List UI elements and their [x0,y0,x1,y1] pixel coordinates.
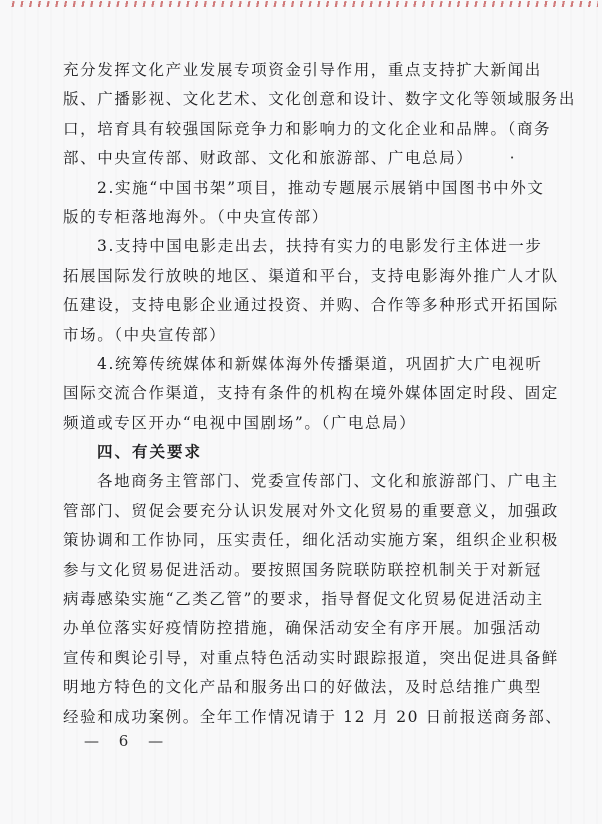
document-line: 国际交流合作渠道，支持有条件的机构在境外媒体固定时段、固定 [63,379,545,408]
document-line-item-4: 4.统筹传统媒体和新媒体海外传播渠道，巩固扩大广电视听 [63,350,545,379]
red-top-edge-marks [6,1,598,7]
document-line: 策协调和工作协同，压实责任，细化活动实施方案，组织企业积极 [63,526,545,555]
section-heading: 四、有关要求 [63,438,545,467]
document-line: 各地商务主管部门、党委宣传部门、文化和旅游部门、广电主 [63,467,545,496]
document-line: 频道或专区开办“电视中国剧场”。（广电总局） [63,409,545,438]
document-line: 明地方特色的文化产品和服务出口的好做法，及时总结推广典型 [63,673,545,702]
document-line: 办单位落实好疫情防控措施，确保活动安全有序开展。加强活动 [63,614,545,643]
document-line: 经验和成功案例。全年工作情况请于 12 月 20 日前报送商务部、 [63,703,545,732]
document-line: 参与文化贸易促进活动。要按照国务院联防联控机制关于对新冠 [63,556,545,585]
document-line: 部、中央宣传部、财政部、文化和旅游部、广电总局）· [63,144,545,173]
document-line-text: 部、中央宣传部、财政部、文化和旅游部、广电总局） [63,149,466,167]
stray-dot-mark: · [510,149,517,167]
document-line-item-2: 2.实施“中国书架”项目，推动专题展示展销中国图书中外文 [63,174,545,203]
document-line: 充分发挥文化产业发展专项资金引导作用，重点支持扩大新闻出 [63,56,545,85]
document-line: 伍建设，支持电影企业通过投资、并购、合作等多种形式开拓国际 [63,291,545,320]
document-line-item-3: 3.支持中国电影走出去，扶持有实力的电影发行主体进一步 [63,232,545,261]
scanned-document-page: 充分发挥文化产业发展专项资金引导作用，重点支持扩大新闻出 版、广播影视、文化艺术… [0,0,602,824]
document-text-block: 充分发挥文化产业发展专项资金引导作用，重点支持扩大新闻出 版、广播影视、文化艺术… [63,56,545,732]
document-line: 病毒感染实施“乙类乙管”的要求，指导督促文化贸易促进活动主 [63,585,545,614]
document-line: 口，培育具有较强国际竞争力和影响力的文化企业和品牌。（商务 [63,115,545,144]
document-line: 版的专柜落地海外。（中央宣传部） [63,203,545,232]
document-line: 版、广播影视、文化艺术、文化创意和设计、数字文化等领域服务出 [63,85,545,114]
document-line: 拓展国际发行放映的地区、渠道和平台，支持电影海外推广人才队 [63,262,545,291]
document-line: 市场。（中央宣传部） [63,321,545,350]
document-line: 宣传和舆论引导，对重点特色活动实时跟踪报道，突出促进具备鲜 [63,644,545,673]
document-line: 管部门、贸促会要充分认识发展对外文化贸易的重要意义，加强政 [63,497,545,526]
page-number-footer: — 6 — [84,732,165,750]
